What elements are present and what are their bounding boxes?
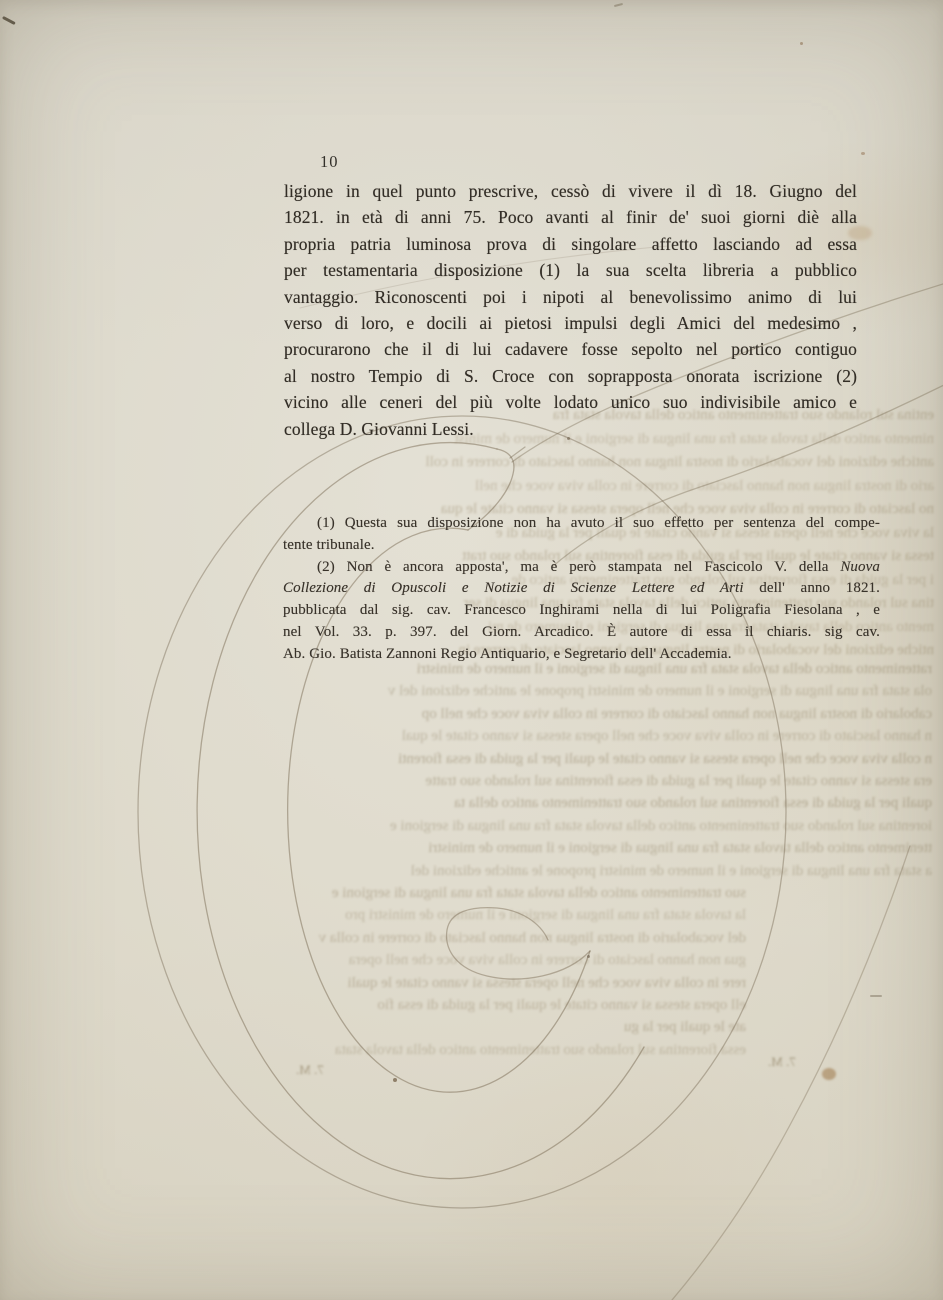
ink-speck <box>614 3 623 7</box>
ghost-text-line: quali per la guida di essa fiorentina su… <box>361 792 932 814</box>
text-line: collega D. Giovanni Lessi. <box>284 416 857 442</box>
footnote-line: pubblicata dal sig. cav. Francesco Inghi… <box>283 600 880 622</box>
footnote-line: Ab. Gio. Batista Zannoni Regio Antiquari… <box>283 644 880 666</box>
verso-showthrough-zone-lower: suo trattenimento antico della tavola st… <box>252 882 746 1061</box>
ghost-text-line: n colla viva voce che nell opera stessa … <box>298 748 932 770</box>
footnote-line: Collezione di Opuscoli e Notizie di Scie… <box>283 578 880 600</box>
footnote-text-segment: (1) Questa sua disposizione non ha avuto… <box>317 515 880 531</box>
footnote-text-segment: (2) Non è ancora apposta', ma è però sta… <box>317 559 840 575</box>
ghost-text-line: la tavola stata fra una lingua di sergio… <box>272 904 746 926</box>
book-page-scan: entina sul rolando suo trattenimento ant… <box>0 0 943 1300</box>
text-line: vicino alle ceneri del più volte lodato … <box>284 389 857 415</box>
ghost-text-line: del vocabolario di nostra lingua non han… <box>252 927 746 949</box>
ghost-text-line: ate le quali per la gu <box>598 1016 746 1038</box>
ghost-text-line: cabolario di nostra lingua non hanno las… <box>342 703 932 725</box>
text-line: al nostro Tempio di S. Croce con soprapp… <box>284 363 857 389</box>
text-line: vantaggio. Riconoscenti poi i nipoti al … <box>284 284 857 310</box>
text-line: per testamentaria disposizione (1) la su… <box>284 257 857 283</box>
watermark-letter-c-lower-hook <box>447 908 590 979</box>
verso-showthrough-fragment: 7. M. <box>296 1062 324 1078</box>
footnote-text-segment: nel Vol. 33. p. 397. del Giorn. Arcadico… <box>283 624 880 640</box>
page-number: 10 <box>320 152 339 172</box>
ghost-text-line: antiche edizioni del vocabolario di nost… <box>338 451 934 475</box>
ghost-text-line: iorentina sul rolando suo trattenimento … <box>298 815 932 837</box>
text-line: propria patria luminosa prova di singola… <box>284 231 857 257</box>
ink-speck <box>800 42 803 45</box>
text-line: 1821. in età di anni 75. Poco avanti al … <box>284 204 857 230</box>
footnote-line: nel Vol. 33. p. 397. del Giorn. Arcadico… <box>283 622 880 644</box>
fox-stain <box>822 1068 836 1080</box>
main-text: ligione in quel punto prescrive, cessò d… <box>284 178 857 442</box>
ink-dot <box>393 1078 397 1082</box>
ink-speck <box>861 152 865 155</box>
ghost-text-line: rere in colla viva voce che nell opera s… <box>267 972 746 994</box>
text-line: ligione in quel punto prescrive, cessò d… <box>284 178 857 204</box>
ghost-text-line: ell opera stessa si vanno citate le qual… <box>301 994 746 1016</box>
ghost-text-line: suo trattenimento antico della tavola st… <box>252 882 746 904</box>
pen-stroke-mark <box>2 16 16 25</box>
ghost-text-line: a stata fra una lingua di sergioni e il … <box>317 860 932 882</box>
footnote-text-segment: Ab. Gio. Batista Zannoni Regio Antiquari… <box>283 646 732 662</box>
verso-showthrough-zone-mid: rattenimento antico della tavola stata f… <box>298 658 932 882</box>
footnote-text-segment: tente tribunale. <box>283 537 375 553</box>
verso-showthrough-fragment: 7. M. <box>768 1054 796 1070</box>
footnote-italic-segment: Nuova <box>840 559 880 575</box>
watermark-letter-c-serif <box>510 447 525 458</box>
footnote-text-segment: pubblicata dal sig. cav. Francesco Inghi… <box>283 602 880 618</box>
footnote-line: (2) Non è ancora apposta', ma è però sta… <box>283 557 880 579</box>
footnotes: (1) Questa sua disposizione non ha avuto… <box>283 513 880 666</box>
ghost-text-line: essa fiorentina sul rolando suo tratteni… <box>262 1039 746 1061</box>
footnote-line: (1) Questa sua disposizione non ha avuto… <box>283 513 880 535</box>
ink-dash <box>870 995 882 997</box>
ghost-text-line: era stessa si vanno citate le quali per … <box>323 770 932 792</box>
ink-speck <box>587 955 590 958</box>
ghost-text-line: ario di nostra lingua non hanno lasciato… <box>394 475 934 499</box>
ghost-text-line: gua non hanno lasciato di correre in col… <box>292 949 746 971</box>
ghost-text-line: ola stata fra una lingua di sergioni e i… <box>298 680 932 702</box>
footnote-line: tente tribunale. <box>283 535 880 557</box>
footnote-text-segment: dell' anno 1821. <box>744 580 880 596</box>
text-line: procurarono che il di lui cadavere fosse… <box>284 336 857 362</box>
watermark-right-outer-arc <box>672 846 910 1300</box>
footnote-italic-segment: Collezione di Opuscoli e Notizie di Scie… <box>283 580 744 596</box>
ghost-text-line: ttenimento antico della tavola stata fra… <box>336 837 932 859</box>
ghost-text-line: n hanno lasciato di correre in colla viv… <box>311 725 932 747</box>
text-line: verso di loro, e docili ai pietosi impul… <box>284 310 857 336</box>
